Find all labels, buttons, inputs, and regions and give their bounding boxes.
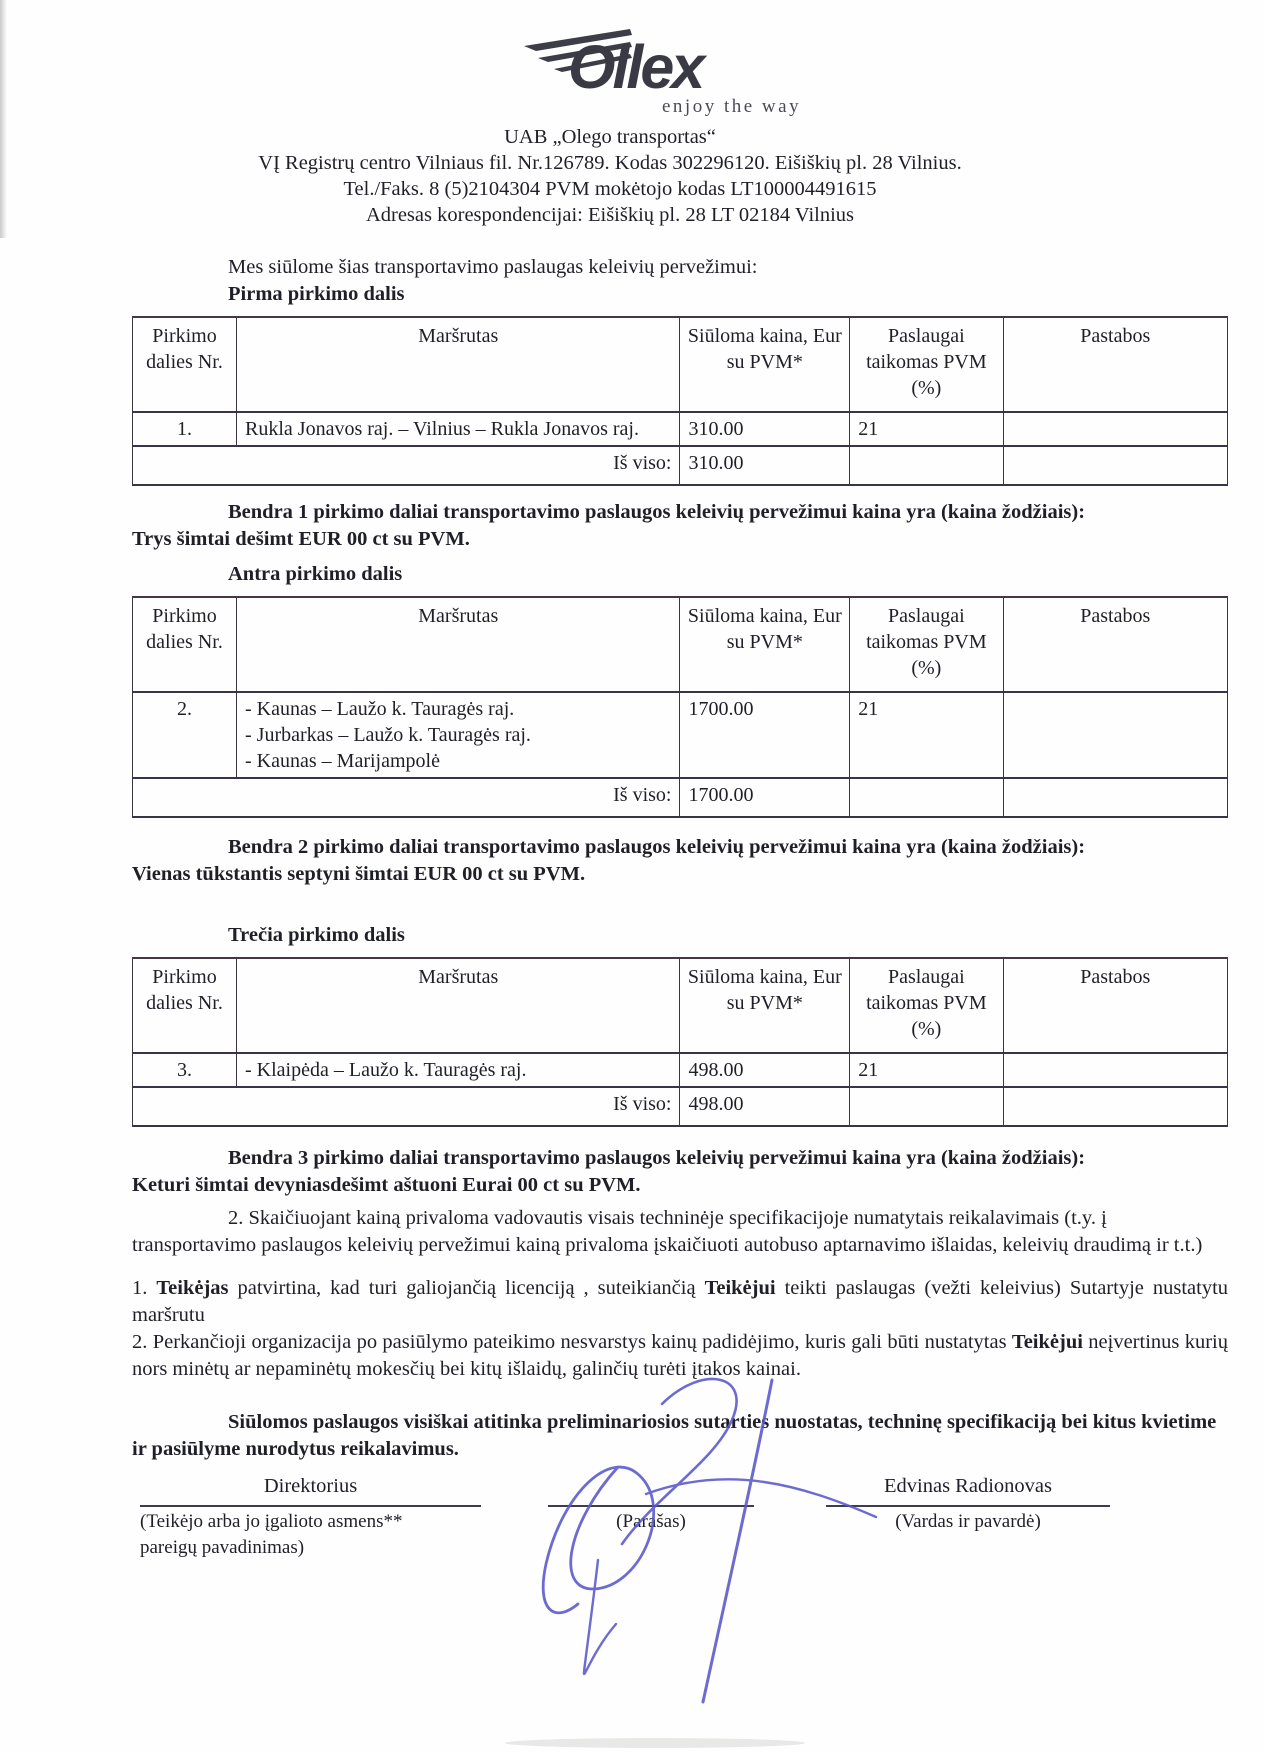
- purchase-part2-table: Pirkimo dalies Nr. Maršrutas Siūloma kai…: [132, 596, 1228, 818]
- signature-line: [548, 1473, 754, 1507]
- col-header-price: Siūloma kaina, Eur su PVM*: [680, 317, 850, 412]
- total-label: Iš viso:: [133, 1087, 680, 1126]
- table-header-row: Pirkimo dalies Nr. Maršrutas Siūloma kai…: [133, 597, 1228, 692]
- col-header-nr: Pirkimo dalies Nr.: [133, 317, 237, 412]
- scan-artifact-bottom-smudge: [505, 1738, 805, 1748]
- signature-name-block: Edvinas Radionovas (Vardas ir pavardė): [826, 1473, 1110, 1535]
- table-header-row: Pirkimo dalies Nr. Maršrutas Siūloma kai…: [133, 958, 1228, 1053]
- col-header-route: Maršrutas: [237, 317, 680, 412]
- table-total-row: Iš viso: 310.00: [133, 446, 1228, 485]
- position-caption-line2: pareigų pavadinimas): [140, 1535, 481, 1561]
- signature-caption: (Parašas): [548, 1509, 754, 1535]
- col-header-notes: Pastabos: [1003, 317, 1228, 412]
- col-header-nr: Pirkimo dalies Nr.: [133, 958, 237, 1053]
- table-total-row: Iš viso: 1700.00: [133, 778, 1228, 817]
- signature-position-block: Direktorius (Teikėjo arba jo įgalioto as…: [140, 1473, 481, 1561]
- purchase-part1-table: Pirkimo dalies Nr. Maršrutas Siūloma kai…: [132, 316, 1228, 486]
- table-row: 3. - Klaipėda – Laužo k. Tauragės raj. 4…: [133, 1053, 1228, 1087]
- vat-cell: 21: [850, 412, 1003, 446]
- col-header-notes: Pastabos: [1003, 597, 1228, 692]
- company-phone-vat-line: Tel./Faks. 8 (5)2104304 PVM mokėtojo kod…: [0, 176, 1220, 202]
- total-value: 310.00: [680, 446, 850, 485]
- part1-total-sentence: Bendra 1 pirkimo daliai transportavimo p…: [132, 499, 1228, 526]
- scan-artifact-left-edge: [0, 0, 7, 238]
- logo-tagline-text: enjoy the way: [662, 96, 801, 116]
- part-number-cell: 3.: [133, 1053, 237, 1087]
- price-increase-clause: 2. Perkančioji organizacija po pasiūlymo…: [132, 1329, 1228, 1383]
- signature-section: Direktorius (Teikėjo arba jo įgalioto as…: [132, 1473, 1228, 1693]
- total-value: 1700.00: [680, 778, 850, 817]
- route-cell: Rukla Jonavos raj. – Vilnius – Rukla Jon…: [237, 412, 680, 446]
- notes-cell: [1003, 1053, 1228, 1087]
- route-cell: - Kaunas – Laužo k. Tauragės raj.- Jurba…: [237, 692, 680, 778]
- position-caption-line1: (Teikėjo arba jo įgalioto asmens**: [140, 1509, 481, 1535]
- provider-license-clause: 1. Teikėjas patvirtina, kad turi galioja…: [132, 1275, 1228, 1329]
- document-page: Ollex enjoy the way UAB „Olego transport…: [0, 0, 1264, 1752]
- col-header-notes: Pastabos: [1003, 958, 1228, 1053]
- part2-total-sentence: Bendra 2 pirkimo daliai transportavimo p…: [132, 834, 1228, 861]
- table-header-row: Pirkimo dalies Nr. Maršrutas Siūloma kai…: [133, 317, 1228, 412]
- part-number-cell: 1.: [133, 412, 237, 446]
- col-header-price: Siūloma kaina, Eur su PVM*: [680, 958, 850, 1053]
- company-address-line: Adresas korespondencijai: Eišiškių pl. 2…: [0, 202, 1220, 228]
- company-name: UAB „Olego transportas“: [0, 124, 1220, 150]
- part3-total-sentence: Bendra 3 pirkimo daliai transportavimo p…: [132, 1145, 1228, 1172]
- logo-brand-text: Ollex: [568, 33, 707, 101]
- company-registry-line: VĮ Registrų centro Vilniaus fil. Nr.1267…: [0, 150, 1220, 176]
- vat-cell: 21: [850, 692, 1003, 778]
- ollex-logo-graphic: Ollex enjoy the way: [510, 22, 810, 116]
- ollex-logo: Ollex enjoy the way: [0, 22, 1264, 118]
- col-header-nr: Pirkimo dalies Nr.: [133, 597, 237, 692]
- name-caption: (Vardas ir pavardė): [826, 1509, 1110, 1535]
- part3-title: Trečia pirkimo dalis: [132, 922, 1228, 949]
- specification-note: 2. Skaičiuojant kainą privaloma vadovaut…: [132, 1205, 1228, 1259]
- total-value: 498.00: [680, 1087, 850, 1126]
- part1-amount-in-words: Trys šimtai dešimt EUR 00 ct su PVM.: [132, 526, 1228, 553]
- col-header-vat: Paslaugai taikomas PVM (%): [850, 958, 1003, 1053]
- provider-term: Teikėjui: [1012, 1331, 1083, 1353]
- company-header: UAB „Olego transportas“ VĮ Registrų cent…: [0, 124, 1264, 228]
- signature-field-block: (Parašas): [548, 1473, 754, 1535]
- table-row: 1. Rukla Jonavos raj. – Vilnius – Rukla …: [133, 412, 1228, 446]
- offer-intro: Mes siūlome šias transportavimo paslauga…: [132, 254, 1228, 281]
- notes-cell: [1003, 692, 1228, 778]
- part-number-cell: 2.: [133, 692, 237, 778]
- col-header-vat: Paslaugai taikomas PVM (%): [850, 597, 1003, 692]
- total-label: Iš viso:: [133, 446, 680, 485]
- col-header-route: Maršrutas: [237, 958, 680, 1053]
- clause-number: 1.: [132, 1277, 156, 1299]
- position-title: Direktorius: [140, 1473, 481, 1507]
- price-cell: 1700.00: [680, 692, 850, 778]
- provider-term: Teikėjas: [156, 1277, 228, 1299]
- part2-title: Antra pirkimo dalis: [132, 561, 1228, 588]
- part1-title: Pirma pirkimo dalis: [132, 281, 1228, 308]
- document-body: Mes siūlome šias transportavimo paslauga…: [132, 254, 1228, 1693]
- provider-term: Teikėjui: [705, 1277, 776, 1299]
- table-row: 2. - Kaunas – Laužo k. Tauragės raj.- Ju…: [133, 692, 1228, 778]
- route-cell: - Klaipėda – Laužo k. Tauragės raj.: [237, 1053, 680, 1087]
- notes-cell: [1003, 412, 1228, 446]
- col-header-route: Maršrutas: [237, 597, 680, 692]
- total-label: Iš viso:: [133, 778, 680, 817]
- col-header-vat: Paslaugai taikomas PVM (%): [850, 317, 1003, 412]
- signer-name: Edvinas Radionovas: [826, 1473, 1110, 1507]
- price-cell: 310.00: [680, 412, 850, 446]
- col-header-price: Siūloma kaina, Eur su PVM*: [680, 597, 850, 692]
- part3-amount-in-words: Keturi šimtai devyniasdešimt aštuoni Eur…: [132, 1172, 1228, 1199]
- closing-statement: Siūlomos paslaugos visiškai atitinka pre…: [132, 1409, 1228, 1463]
- part2-amount-in-words: Vienas tūkstantis septyni šimtai EUR 00 …: [132, 861, 1228, 888]
- vat-cell: 21: [850, 1053, 1003, 1087]
- price-cell: 498.00: [680, 1053, 850, 1087]
- table-total-row: Iš viso: 498.00: [133, 1087, 1228, 1126]
- purchase-part3-table: Pirkimo dalies Nr. Maršrutas Siūloma kai…: [132, 957, 1228, 1127]
